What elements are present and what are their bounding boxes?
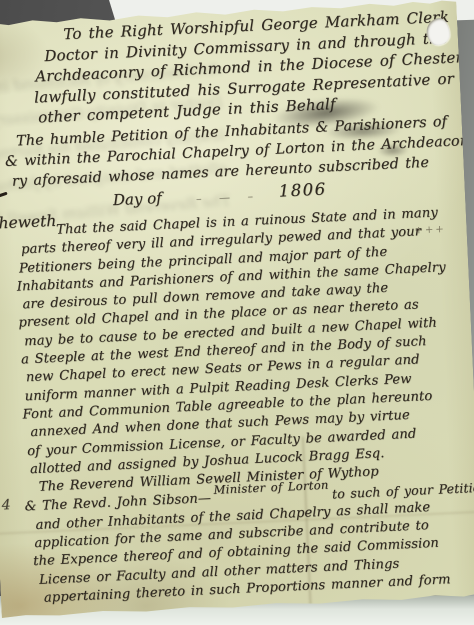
paper-hole [426, 18, 450, 46]
document-photo: Archdeaconry of Richmond in the Diocese … [0, 0, 474, 625]
address-heading: To the Right Worshipful George Markham C… [31, 6, 465, 128]
date-prefix: Day of [113, 189, 163, 209]
interlinear-insertion: Minister of Lorton [213, 476, 329, 499]
petition-manuscript-page: Archdeaconry of Richmond in the Diocese … [0, 0, 474, 619]
margin-plus-marks: +++ [414, 224, 446, 236]
margin-insertion-mark: 4 [1, 497, 11, 516]
date-blank-dashes: – — – [196, 189, 261, 205]
petition-body: That the said Chapel is in a ruinous Sta… [12, 202, 474, 609]
date-year: 1806 [278, 179, 327, 200]
